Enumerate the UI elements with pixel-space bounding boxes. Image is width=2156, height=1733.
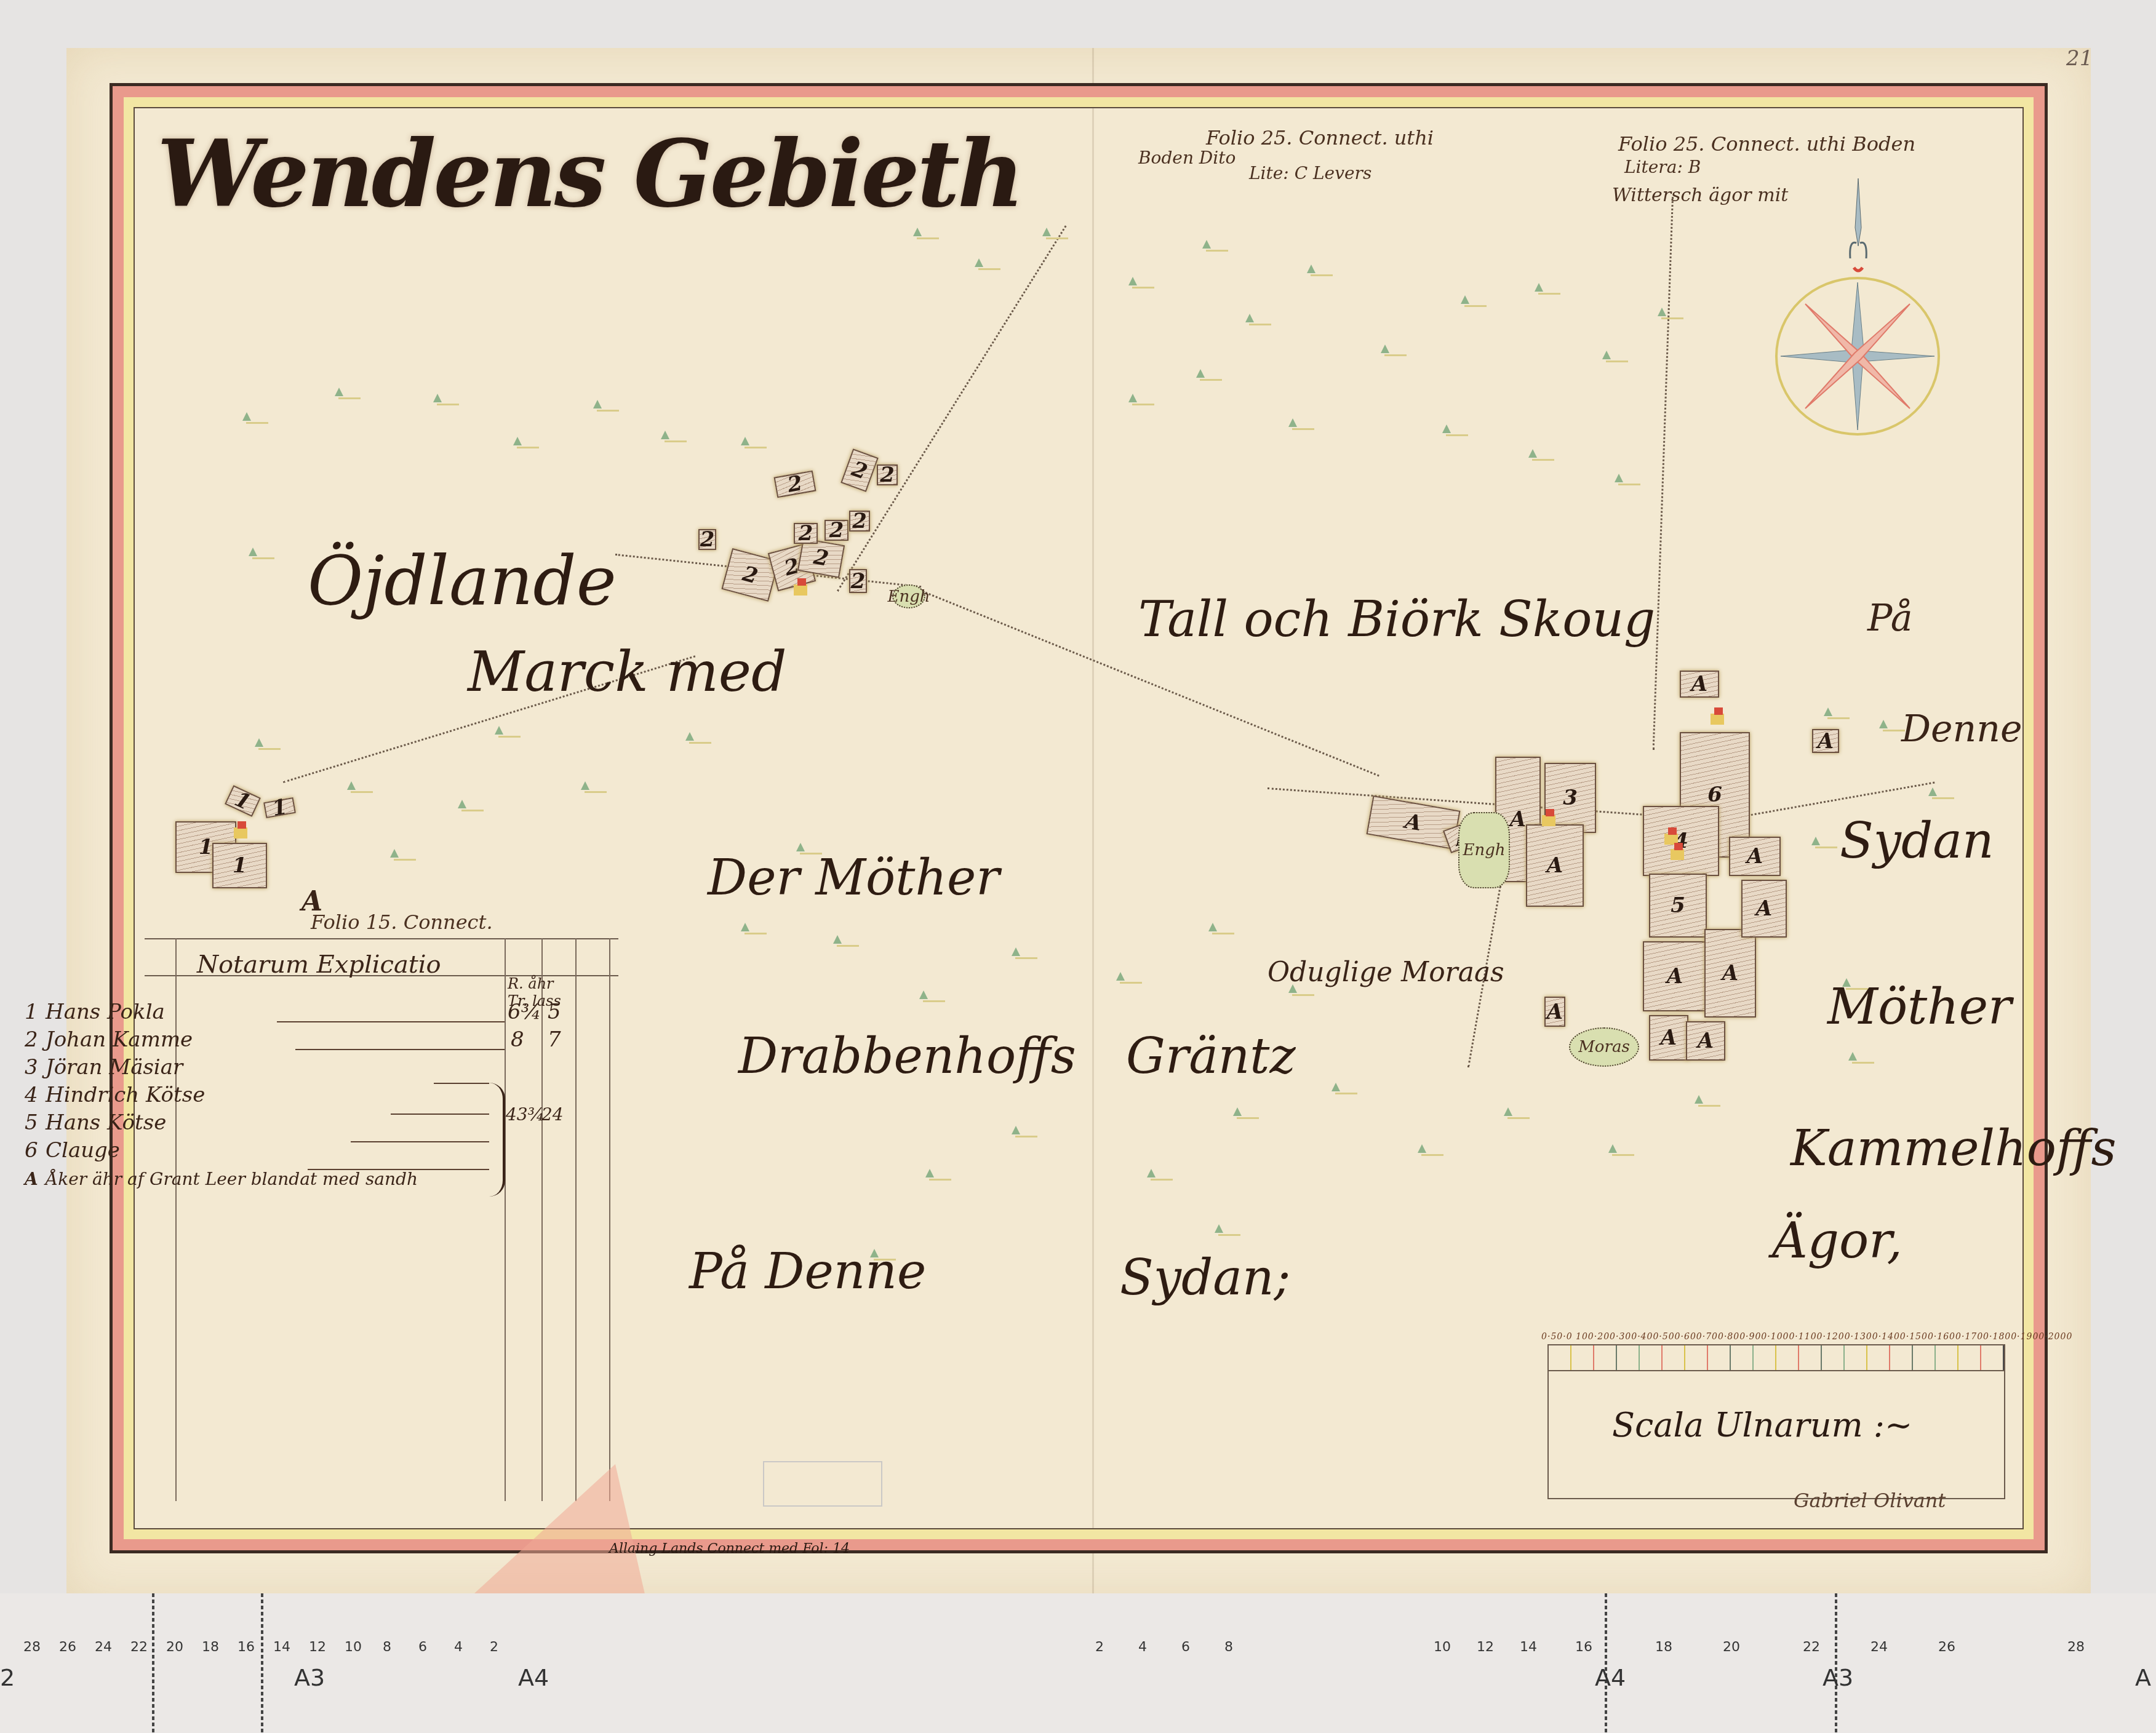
tree-icon bbox=[1009, 1126, 1034, 1141]
top-note-right: Folio 25. Connect. uthi Boden bbox=[1618, 132, 1915, 156]
label-grantz: Gräntz bbox=[1126, 1027, 1296, 1085]
tree-icon bbox=[1243, 314, 1268, 329]
legend-row-name: Johan Kamme bbox=[46, 1027, 193, 1052]
surveyor-signature: Gabriel Olivant bbox=[1794, 1489, 1946, 1512]
legend-row-name: Hindrich Kötse bbox=[46, 1083, 205, 1107]
legend-leader-line bbox=[391, 1114, 489, 1115]
field-arable: A bbox=[1729, 837, 1781, 876]
scale-tick: 100 bbox=[1576, 1332, 1594, 1342]
label-pa-denne: På Denne bbox=[689, 1243, 926, 1300]
scale-segment bbox=[1571, 1345, 1594, 1370]
tree-icon bbox=[246, 548, 271, 562]
legend-leader-line bbox=[277, 1021, 505, 1022]
ruler-size-label: A3 bbox=[294, 1664, 325, 1691]
ruler-size-label: 2 bbox=[0, 1664, 15, 1691]
tree-icon bbox=[831, 935, 855, 950]
scale-segment bbox=[1822, 1345, 1845, 1370]
ruler-number: 8 bbox=[383, 1639, 391, 1655]
legend-row: 4Hindrich Kötse bbox=[25, 1083, 205, 1107]
tree-icon bbox=[252, 738, 277, 753]
tree-icon bbox=[738, 923, 763, 938]
scale-segment bbox=[1776, 1345, 1799, 1370]
label-mother-right: Möther bbox=[1827, 978, 2011, 1035]
tree-icon bbox=[1126, 394, 1151, 408]
farmhouse-icon bbox=[1711, 714, 1724, 725]
ruler-number: 12 bbox=[1477, 1639, 1494, 1655]
scale-segment bbox=[1731, 1345, 1754, 1370]
tree-icon bbox=[1655, 308, 1680, 322]
top-note-left-sub: Boden Dito bbox=[1138, 148, 1236, 168]
farmhouse-icon bbox=[1542, 815, 1555, 826]
scale-tick: 600 bbox=[1684, 1332, 1703, 1342]
ruler-number: 6 bbox=[418, 1639, 427, 1655]
tree-icon bbox=[1877, 720, 1901, 735]
scale-tick: 1300 bbox=[1854, 1332, 1879, 1342]
field-arable: A bbox=[1526, 824, 1584, 907]
scale-tick: 300 bbox=[1619, 1332, 1637, 1342]
legend-row-number: 2 bbox=[25, 1027, 46, 1052]
ruler-number: 18 bbox=[202, 1639, 219, 1655]
label-marck: Marck med bbox=[468, 640, 787, 704]
scale-tick: 0 bbox=[1541, 1332, 1547, 1342]
ruler-number: 18 bbox=[1655, 1639, 1672, 1655]
compass-rose bbox=[1775, 277, 1940, 436]
tree-icon bbox=[1415, 1144, 1440, 1159]
ruler-a4-mark bbox=[261, 1593, 263, 1733]
tree-icon bbox=[388, 849, 412, 864]
scale-tick: 1600 bbox=[1937, 1332, 1962, 1342]
legend-value: 5 bbox=[548, 1000, 561, 1024]
meadow-moras: Moras bbox=[1569, 1027, 1639, 1067]
label-sydan-mid: Sydan; bbox=[1120, 1249, 1290, 1306]
legend-value: 6¾ bbox=[508, 1000, 541, 1024]
tree-icon bbox=[332, 388, 357, 402]
field-village-5: 5 bbox=[1649, 874, 1707, 938]
farmhouse-icon bbox=[794, 584, 807, 596]
scale-segment bbox=[1594, 1345, 1617, 1370]
footer-connect-note: Allaing Lands Connect med Fol: 14 bbox=[609, 1541, 850, 1556]
legend-leader-line bbox=[351, 1141, 489, 1142]
field-arable: A bbox=[1704, 929, 1756, 1018]
legend-brace bbox=[489, 1083, 505, 1197]
scale-segment bbox=[1981, 1345, 2004, 1370]
ruler-number: 22 bbox=[1803, 1639, 1820, 1655]
ruler-number: 6 bbox=[1181, 1639, 1190, 1655]
ruler-number: 12 bbox=[309, 1639, 326, 1655]
tree-icon bbox=[1206, 923, 1231, 938]
scale-tick-labels: 0·50·0 100·200·300·400·500·600·700·800·9… bbox=[1541, 1332, 2072, 1342]
field-arable: A bbox=[1649, 1015, 1688, 1061]
tree-icon bbox=[1846, 1052, 1871, 1067]
ruler-number: 24 bbox=[1871, 1639, 1888, 1655]
meadow-engh: Engh bbox=[1458, 812, 1510, 888]
tree-icon bbox=[1458, 295, 1483, 310]
legend-leader-line bbox=[434, 1083, 489, 1084]
label-der-mother: Der Möther bbox=[708, 849, 1000, 906]
tree-icon bbox=[1692, 1095, 1717, 1110]
legend-row: 5Hans Kötse bbox=[25, 1110, 166, 1135]
archive-stamp bbox=[763, 1461, 882, 1507]
scale-segment bbox=[1867, 1345, 1890, 1370]
ruler-number: 28 bbox=[2067, 1639, 2085, 1655]
tree-icon bbox=[683, 732, 708, 747]
field-village-2: 2 bbox=[849, 569, 867, 593]
scale-segment bbox=[1617, 1345, 1640, 1370]
tree-icon bbox=[658, 431, 683, 445]
page-number: 21 bbox=[2066, 46, 2093, 71]
legend-header-col1: R. åhr bbox=[508, 975, 561, 992]
tree-icon bbox=[345, 781, 369, 796]
farmhouse-icon bbox=[1671, 849, 1684, 860]
tree-icon bbox=[1926, 787, 1950, 802]
legend-value: 7 bbox=[548, 1027, 561, 1052]
field-arable: A bbox=[1812, 729, 1839, 753]
tree-icon bbox=[1126, 277, 1151, 292]
scale-segment bbox=[1549, 1345, 1571, 1370]
scale-segment bbox=[1708, 1345, 1731, 1370]
tree-icon bbox=[1809, 837, 1834, 851]
legend-value: 8 bbox=[511, 1027, 524, 1052]
legend-note-text: Åker ähr af Grant Leer blandat med sandh bbox=[46, 1169, 418, 1189]
tree-icon bbox=[1378, 345, 1403, 359]
field-village-2: 2 bbox=[698, 529, 716, 550]
legend-column-line bbox=[575, 938, 577, 1501]
tree-icon bbox=[1606, 1144, 1631, 1159]
tree-icon bbox=[1231, 1107, 1255, 1122]
label-folio15: Folio 15. Connect. bbox=[311, 910, 493, 934]
tree-icon bbox=[1821, 707, 1846, 722]
scale-segment bbox=[1936, 1345, 1958, 1370]
scale-tick: 1100 bbox=[1799, 1332, 1823, 1342]
legend-title: Notarum Explicatio bbox=[197, 950, 441, 979]
scale-segment bbox=[1799, 1345, 1822, 1370]
scale-segment bbox=[1890, 1345, 1913, 1370]
ruler-number: 28 bbox=[23, 1639, 41, 1655]
tree-icon bbox=[917, 990, 941, 1005]
ruler-number: 16 bbox=[1575, 1639, 1592, 1655]
tree-icon bbox=[1009, 947, 1034, 962]
tree-icon bbox=[738, 437, 763, 452]
farmhouse-icon bbox=[234, 827, 247, 839]
legend-row: 3Jöran Mäsiar bbox=[25, 1055, 183, 1080]
scale-tick: 1000 bbox=[1771, 1332, 1795, 1342]
legend-row-number: 5 bbox=[25, 1110, 46, 1135]
tree-icon bbox=[1212, 1224, 1237, 1239]
compass-star-icon bbox=[1778, 279, 1938, 433]
field-village-2: 2 bbox=[824, 520, 848, 541]
top-note-right-sub: Litera: B bbox=[1624, 157, 1701, 177]
top-note-left-sub2: Lite: C Levers bbox=[1249, 163, 1371, 183]
scale-title: Scala Ulnarum :~ bbox=[1612, 1406, 1912, 1444]
tree-icon bbox=[1440, 424, 1464, 439]
tree-icon bbox=[923, 1169, 948, 1184]
label-drabbenhoff: Drabbenhoffs bbox=[738, 1027, 1076, 1085]
ruler-number: 2 bbox=[490, 1639, 498, 1655]
scale-tick: 0 bbox=[1567, 1332, 1573, 1342]
ruler-size-label: A4 bbox=[1595, 1664, 1626, 1691]
fleur-de-lis-north-icon bbox=[1849, 178, 1867, 277]
label-tall-biork-skoug: Tall och Biörk Skoug bbox=[1138, 591, 1655, 648]
legend-row: 6Clauge bbox=[25, 1138, 120, 1163]
field-village-4: 4 bbox=[1643, 806, 1719, 876]
map-title: Wendens Gebieth bbox=[157, 120, 1022, 228]
scale-segment bbox=[1913, 1345, 1936, 1370]
tree-icon bbox=[1040, 228, 1064, 242]
legend-rule bbox=[145, 938, 618, 939]
scale-tick: 1700 bbox=[1965, 1332, 1989, 1342]
label-agor: Ägor, bbox=[1772, 1212, 1902, 1269]
ruler-a3-mark bbox=[152, 1593, 154, 1733]
scale-tick: 2000 bbox=[2048, 1332, 2073, 1342]
field-arable: A bbox=[1643, 941, 1707, 1011]
legend-column-line bbox=[609, 938, 610, 1501]
top-note-left: Folio 25. Connect. uthi bbox=[1206, 126, 1434, 149]
ruler-number: 20 bbox=[1723, 1639, 1740, 1655]
tree-icon bbox=[1194, 369, 1218, 384]
scale-bar bbox=[1547, 1344, 2005, 1371]
scale-segment bbox=[1685, 1345, 1708, 1370]
tree-icon bbox=[911, 228, 935, 242]
field-village-2: 2 bbox=[877, 464, 898, 485]
scale-tick: 500 bbox=[1663, 1332, 1681, 1342]
ruler-number: 2 bbox=[1095, 1639, 1104, 1655]
tree-icon bbox=[511, 437, 535, 452]
legend-row-name: Clauge bbox=[46, 1138, 120, 1163]
legend-note: AÅker ähr af Grant Leer blandat med sand… bbox=[25, 1169, 418, 1189]
scale-tick: 1200 bbox=[1826, 1332, 1851, 1342]
tree-icon bbox=[1200, 240, 1224, 255]
legend-row-name: Jöran Mäsiar bbox=[46, 1055, 183, 1080]
label-kammelhoff: Kammelhoffs bbox=[1791, 1120, 2117, 1177]
label-sydan-right: Sydan bbox=[1840, 812, 1994, 869]
scale-tick: 1500 bbox=[1909, 1332, 1934, 1342]
tree-icon bbox=[1612, 474, 1637, 488]
legend-column-line bbox=[541, 938, 543, 1501]
legend-grouped-value: 43¾ bbox=[506, 1104, 545, 1125]
tree-icon bbox=[591, 400, 615, 415]
scale-segment bbox=[1640, 1345, 1663, 1370]
tree-icon bbox=[1329, 1083, 1354, 1098]
tree-icon bbox=[240, 412, 265, 427]
label-denne: Denne bbox=[1901, 707, 2022, 751]
ruler-number: 8 bbox=[1224, 1639, 1233, 1655]
tree-icon bbox=[1526, 449, 1551, 464]
ruler-number: 26 bbox=[1938, 1639, 1955, 1655]
legend-grouped-value: 24 bbox=[541, 1104, 564, 1125]
scale-segment bbox=[1754, 1345, 1776, 1370]
ruler-number: 22 bbox=[130, 1639, 148, 1655]
scale-tick: 200 bbox=[1597, 1332, 1616, 1342]
legend-note-marker: A bbox=[25, 1169, 46, 1189]
ruler-number: 24 bbox=[95, 1639, 112, 1655]
marker-a: A bbox=[301, 886, 322, 917]
field-arable: A bbox=[1686, 1021, 1725, 1061]
label-ojdlande: Öjdlande bbox=[308, 541, 617, 620]
label-oduglige-moraas: Oduglige Moraas bbox=[1268, 957, 1504, 988]
tree-icon bbox=[1304, 265, 1329, 279]
ruler-number: 26 bbox=[59, 1639, 76, 1655]
label-pa: På bbox=[1867, 597, 1912, 640]
measurement-ruler: 28 26 24 22 20 18 16 14 12 10 8 6 4 2 2 … bbox=[0, 1593, 2156, 1733]
scale-tick: 400 bbox=[1641, 1332, 1659, 1342]
scale-segment bbox=[1845, 1345, 1867, 1370]
ruler-size-label: A4 bbox=[518, 1664, 549, 1691]
ruler-number: 16 bbox=[238, 1639, 255, 1655]
ruler-size-label: A3 bbox=[1823, 1664, 1853, 1691]
tree-icon bbox=[1286, 418, 1311, 433]
legend-column-line bbox=[505, 938, 506, 1501]
tree-icon bbox=[455, 800, 480, 815]
legend-row: 2Johan Kamme bbox=[25, 1027, 193, 1052]
scale-segment bbox=[1663, 1345, 1685, 1370]
tree-icon bbox=[1532, 283, 1557, 298]
field-village-2: 2 bbox=[794, 523, 818, 544]
scale-tick: 800 bbox=[1727, 1332, 1746, 1342]
legend-row-number: 3 bbox=[25, 1055, 46, 1080]
tree-icon bbox=[431, 394, 455, 408]
legend-row: 1Hans Pokla bbox=[25, 1000, 165, 1024]
legend-row-name: Hans Kötse bbox=[46, 1110, 166, 1135]
tree-icon bbox=[1114, 972, 1138, 987]
top-note-right-sub2: Wittersch ägor mit bbox=[1612, 185, 1788, 206]
legend-leader-line bbox=[295, 1049, 505, 1050]
scale-tick: 900 bbox=[1749, 1332, 1768, 1342]
adjacent-sheet-wedge bbox=[468, 1464, 646, 1600]
legend-column-line bbox=[175, 938, 177, 1501]
legend-row-number: 4 bbox=[25, 1083, 46, 1107]
field-village-2: 2 bbox=[849, 511, 870, 532]
scale-segment bbox=[1958, 1345, 1981, 1370]
field-arable: A bbox=[1741, 880, 1787, 938]
scale-tick: 50 bbox=[1551, 1332, 1563, 1342]
ruler-number: 14 bbox=[273, 1639, 290, 1655]
scale-tick: 1900 bbox=[2021, 1332, 2045, 1342]
scale-tick: 1800 bbox=[1992, 1332, 2017, 1342]
tree-icon bbox=[1144, 1169, 1169, 1184]
ruler-a4-mark bbox=[1605, 1593, 1607, 1733]
field-arable: A bbox=[1680, 671, 1719, 698]
scale-tick: 700 bbox=[1706, 1332, 1724, 1342]
ruler-number: 14 bbox=[1520, 1639, 1537, 1655]
tree-icon bbox=[1600, 351, 1624, 365]
ruler-number: 4 bbox=[1138, 1639, 1147, 1655]
ruler-number: 10 bbox=[1434, 1639, 1451, 1655]
legend-row-number: 6 bbox=[25, 1138, 46, 1163]
ruler-a3-mark bbox=[1835, 1593, 1837, 1733]
field-arable: A bbox=[1544, 997, 1565, 1027]
field-village-1: 1 bbox=[212, 843, 267, 888]
tree-icon bbox=[492, 726, 517, 741]
legend-row-number: 1 bbox=[25, 1000, 46, 1024]
tree-icon bbox=[1501, 1107, 1526, 1122]
ruler-size-label: A bbox=[2135, 1664, 2151, 1691]
ruler-number: 10 bbox=[345, 1639, 362, 1655]
tree-icon bbox=[578, 781, 603, 796]
legend-leader-line bbox=[308, 1169, 489, 1170]
legend-row-name: Hans Pokla bbox=[46, 1000, 165, 1024]
scale-tick: 1400 bbox=[1882, 1332, 1906, 1342]
ruler-number: 4 bbox=[454, 1639, 463, 1655]
tree-icon bbox=[972, 258, 997, 273]
ruler-number: 20 bbox=[166, 1639, 183, 1655]
meadow-engh: Engh bbox=[892, 584, 925, 608]
